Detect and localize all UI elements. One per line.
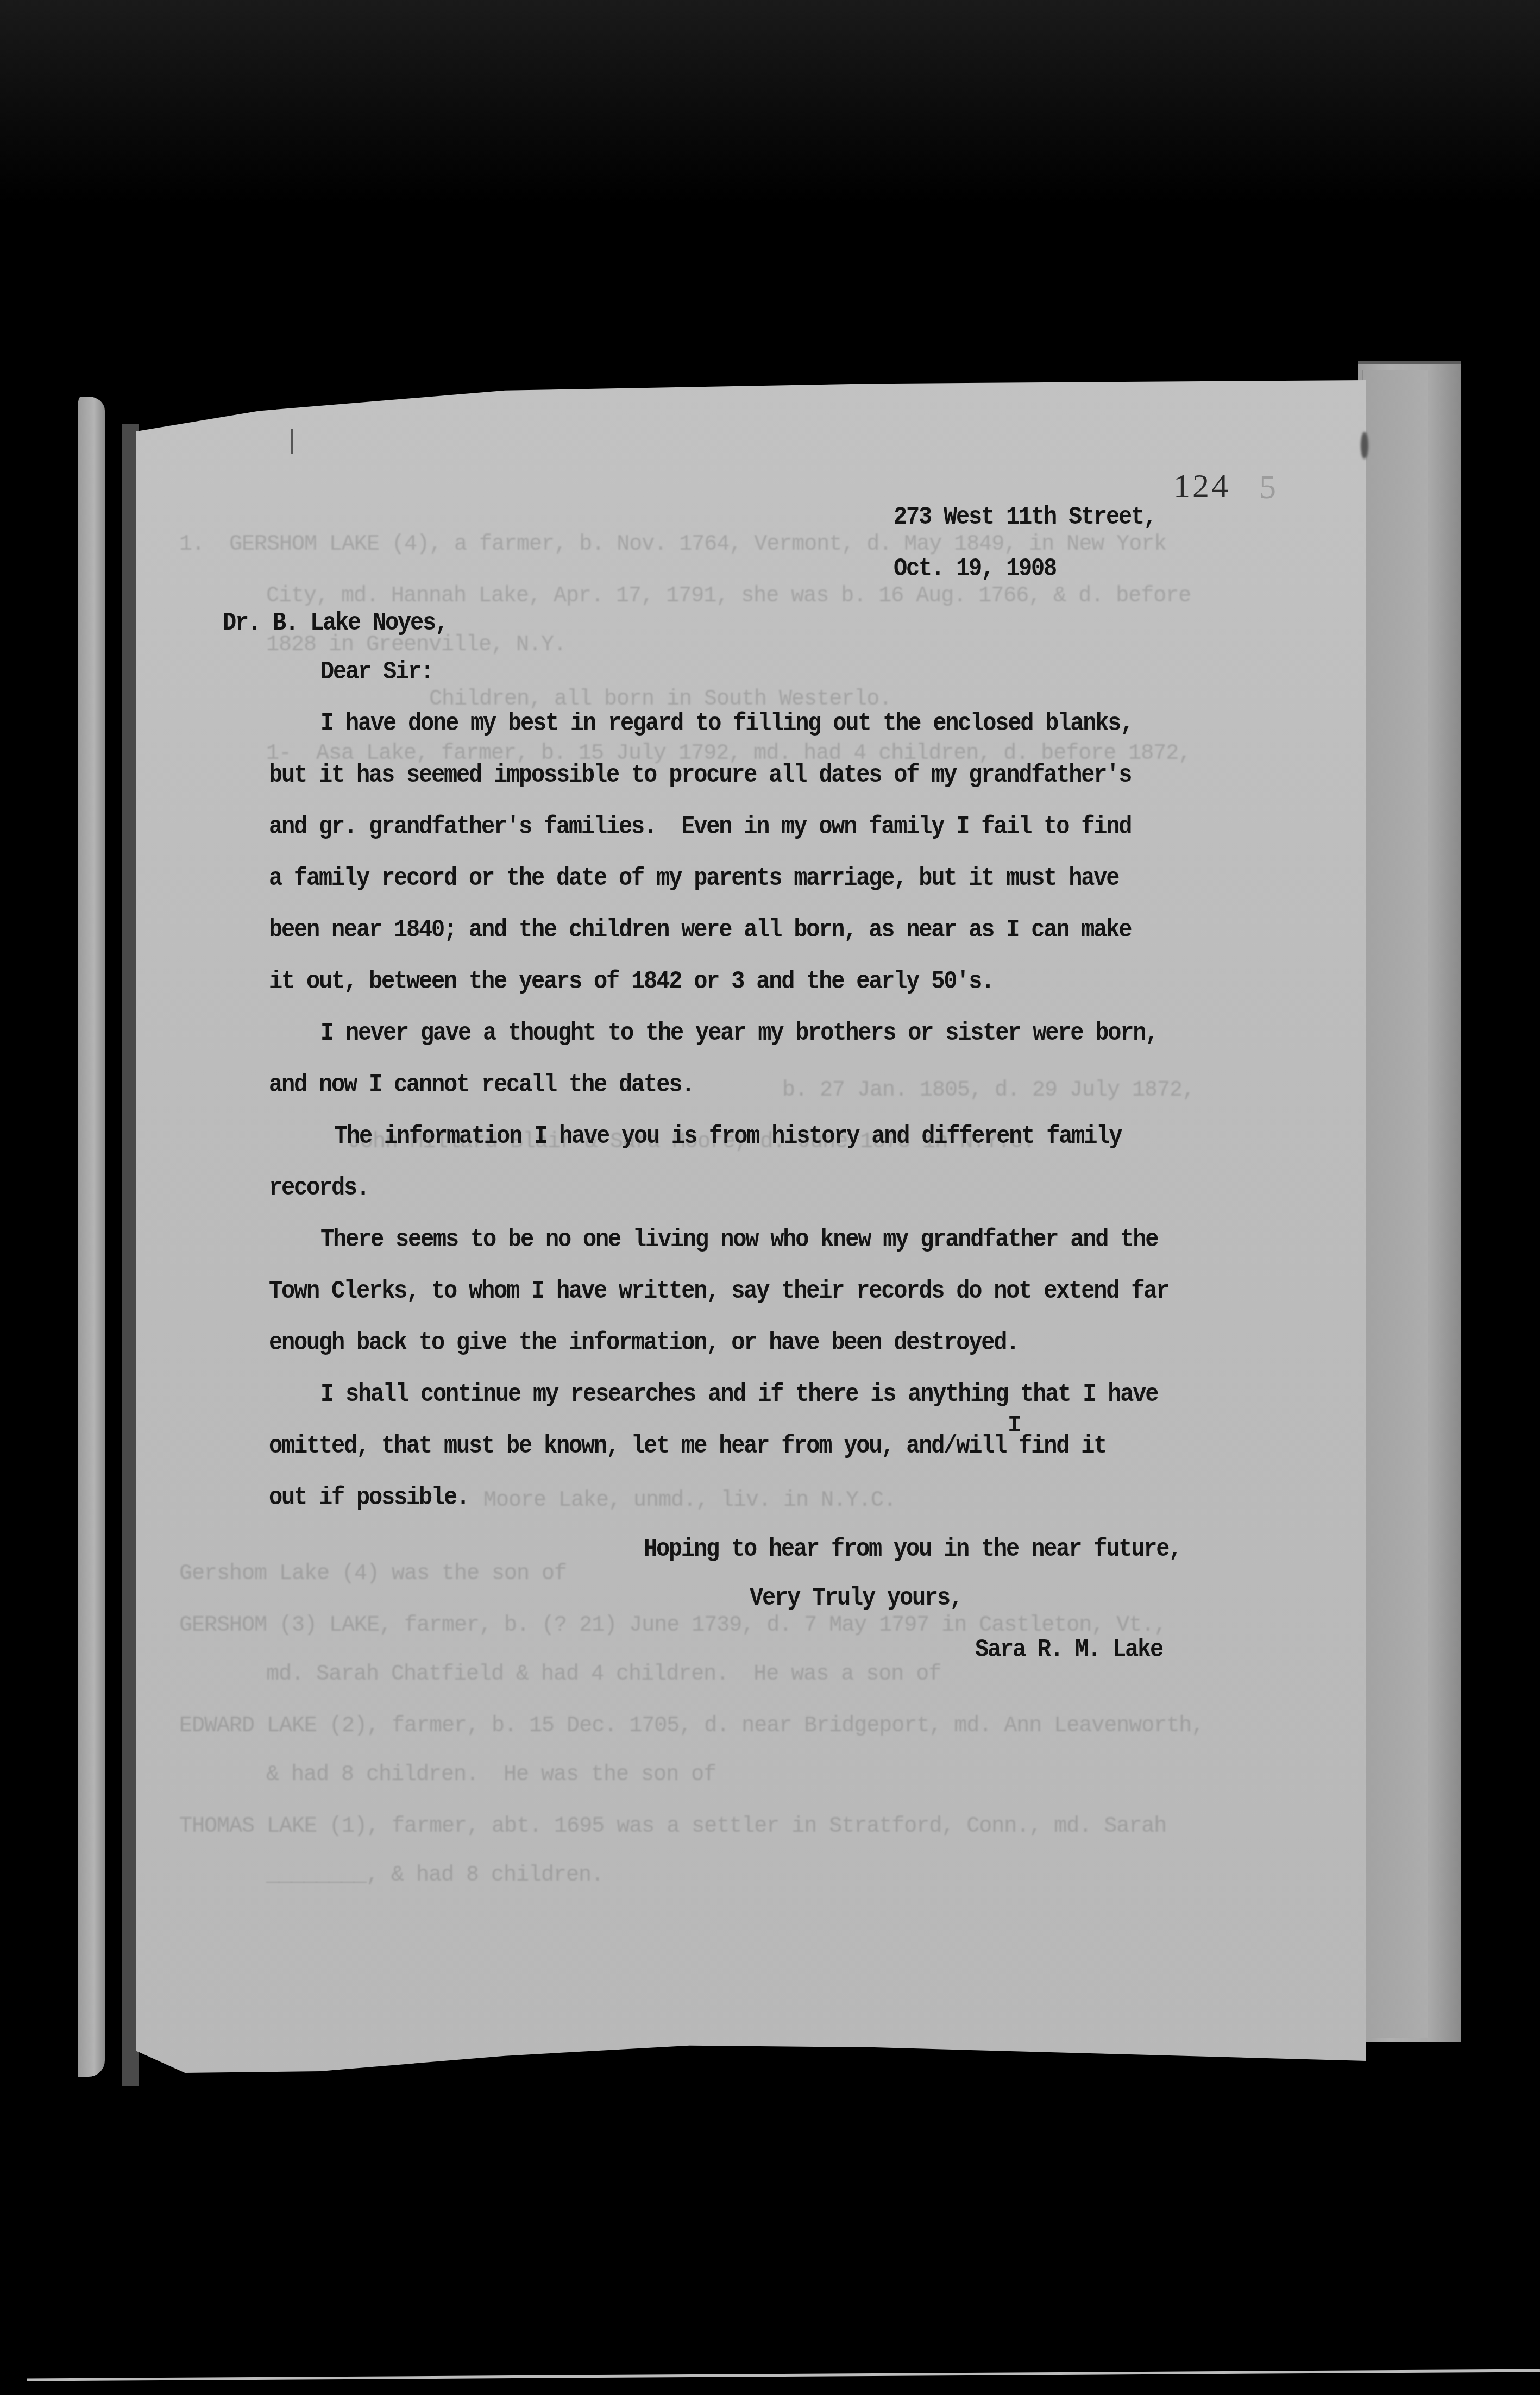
bleed-through-line: City, md. Hannah Lake, Apr. 17, 1791, sh… (266, 584, 1191, 608)
page-number: 124 (1173, 467, 1230, 506)
body-line: and now I cannot recall the dates. (269, 1071, 694, 1099)
body-line: enough back to give the information, or … (269, 1329, 1019, 1357)
valediction: Very Truly yours, (750, 1584, 962, 1612)
body-line: records. (269, 1174, 369, 1202)
bleed-through-line: ________, & had 8 children. (266, 1863, 604, 1888)
pencil-mark (291, 429, 293, 454)
bleed-through-line: 1. GERSHOM LAKE (4), a farmer, b. Nov. 1… (179, 532, 1166, 557)
page-stack-inner (1362, 370, 1428, 2038)
recipient-name: Dr. B. Lake Noyes, (223, 609, 448, 637)
bleed-through-line: GERSHOM (3) LAKE, farmer, b. (? 21) June… (179, 1613, 1166, 1638)
signature: Sara R. M. Lake (975, 1636, 1162, 1664)
bleed-through-line: EDWARD LAKE (2), farmer, b. 15 Dec. 1705… (179, 1714, 1204, 1738)
body-line: I shall continue my researches and if th… (320, 1380, 1158, 1409)
body-line: The information I have you is from histo… (334, 1122, 1121, 1151)
bleed-through-line: Children, all born in South Westerlo. (429, 687, 891, 712)
body-line: There seems to be no one living now who … (320, 1225, 1158, 1254)
bleed-through-line: Gershom Lake (4) was the son of (179, 1562, 567, 1586)
bleed-through-line: & had 8 children. He was the son of (266, 1763, 716, 1787)
bleed-through-line: b. 27 Jan. 1805, d. 29 July 1872, (782, 1078, 1195, 1103)
stain-spot (1361, 432, 1368, 459)
sender-address: 273 West 11th Street, (894, 503, 1156, 531)
body-line: I have done my best in regard to filling… (320, 709, 1133, 738)
scan-background (0, 0, 1540, 337)
body-line: been near 1840; and the children were al… (269, 916, 1131, 944)
page-number-faint-digit: 5 (1259, 468, 1276, 507)
closing-line: Hoping to hear from you in the near futu… (644, 1535, 1181, 1563)
body-line: a family record or the date of my parent… (269, 864, 1118, 892)
salutation: Dear Sir: (320, 658, 433, 686)
film-edge-line (27, 2369, 1540, 2381)
bleed-through-line: md. Sarah Chatfield & had 4 children. He… (266, 1662, 941, 1687)
body-line: out if possible. (269, 1483, 469, 1512)
body-line: it out, between the years of 1842 or 3 a… (269, 967, 994, 996)
body-line: and gr. grandfather's families. Even in … (269, 813, 1131, 841)
previous-page-edge (78, 397, 105, 2077)
body-line: Town Clerks, to whom I have written, say… (269, 1277, 1168, 1305)
body-line: but it has seemed impossible to procure … (269, 761, 1131, 789)
bleed-through-line: Moore Lake, unmd., liv. in N.Y.C. (483, 1488, 896, 1513)
body-line: omitted, that must be known, let me hear… (269, 1432, 1106, 1460)
body-line: I never gave a thought to the year my br… (320, 1019, 1158, 1047)
letter-date: Oct. 19, 1908 (894, 555, 1056, 583)
bleed-through-line: THOMAS LAKE (1), farmer, abt. 1695 was a… (179, 1814, 1166, 1839)
